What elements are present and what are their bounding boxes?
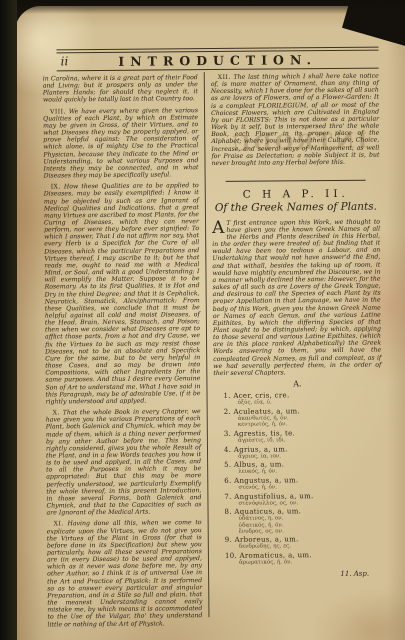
- list-item: 2. Aculeatus, a, um. ἀκανθωτός, ή, όν. κ…: [224, 406, 382, 428]
- scanned-book-page: ii INTRODUCTION. INTRODU in Carolina, wh…: [0, 0, 405, 640]
- section-number: IX.: [51, 184, 61, 191]
- greek-name: λευκός, ή, όν.: [238, 468, 382, 475]
- chapter-body-paragraph: AT first entrance upon this Work, we tho…: [212, 218, 381, 377]
- header-title: INTRODUCTION.: [57, 52, 379, 70]
- greek-name: δενδρώδης, ης, ες.: [239, 543, 383, 550]
- section-text: We have every where given the various Qu…: [43, 107, 198, 180]
- section-x: X. That the whole Book in every Chapter,…: [46, 408, 202, 517]
- greek-name: ἀρωματικός, ή, όν.: [239, 559, 383, 566]
- greek-name: στενόφυλλος, ος, ον.: [238, 499, 382, 506]
- section-text: The last thing which I shall here take n…: [211, 73, 380, 167]
- greek-name: ἄγριος, ία, ιον.: [238, 452, 382, 459]
- chapter-divider-rule: [226, 180, 366, 183]
- chapter-body-text: T first entrance upon this Work, we thou…: [212, 218, 381, 377]
- scan-top-shadow: [17, 0, 405, 14]
- list-item: 10. Aromaticus, a, um. ἀρωματικός, ή, όν…: [225, 551, 383, 567]
- list-item: 4. Agrius, a, um. ἄγριος, ία, ιον.: [224, 444, 382, 460]
- section-text: That the whole Book in every Chapter, we…: [46, 408, 202, 517]
- section-text: How these Qualities are to be applied to…: [44, 182, 201, 405]
- list-item: 6. Angustus, a, um. στενός, ή, όν.: [224, 476, 382, 492]
- greek-name: στενός, ή, όν.: [238, 484, 382, 491]
- chapter-heading: C H A P. II.: [212, 191, 380, 200]
- list-item: 5. Albus, a, um. λευκός, ή, όν.: [224, 460, 382, 476]
- section-number: VIII.: [50, 108, 66, 115]
- section-number: X.: [53, 409, 60, 416]
- section-text: Having done all this, when we come to ex…: [47, 520, 203, 629]
- section-number: XII.: [218, 74, 231, 81]
- list-item: 8. Aquaticus, a, um. ὑδάτινος, η, ον. ὑδ…: [225, 507, 383, 535]
- intro-continuation-paragraph: in Carolina, where it is a great part of…: [43, 74, 198, 104]
- section-xii: XII. The last thing which I shall here t…: [211, 73, 380, 167]
- greek-name: κεντρωτός, ή, όν.: [238, 421, 382, 428]
- column-divider-rule: [204, 72, 210, 617]
- paragraph-text: in Carolina, where it is a great part of…: [43, 74, 198, 104]
- greek-name: ἔνυδρος, ος, ον.: [239, 527, 383, 534]
- list-item: 1. Acer, cris, cre. ὀξύς, εῖα, ύ.: [223, 391, 381, 407]
- print-area: ii INTRODUCTION. INTRODU in Carolina, wh…: [42, 41, 389, 630]
- section-viii: VIII. We have every where given the vari…: [43, 107, 199, 180]
- list-item: 3. Agrestis, tis, te. ἀγρέστις, ιδ, ιδι.: [224, 428, 382, 444]
- section-xi: XI. Having done all this, when we come t…: [47, 520, 203, 629]
- section-number: XI.: [54, 521, 64, 528]
- left-column: in Carolina, where it is a great part of…: [43, 74, 203, 632]
- paper-page: ii INTRODUCTION. INTRODU in Carolina, wh…: [15, 6, 405, 640]
- list-section-letter: A.: [213, 380, 381, 389]
- drop-cap: A: [212, 220, 226, 235]
- catchword: 11. Asp.: [215, 571, 369, 579]
- right-column: XII. The last thing which I shall here t…: [211, 73, 383, 580]
- section-ix: IX. How these Qualities are to be applie…: [44, 182, 201, 405]
- chapter-title: Of the Greek Names of Plants.: [212, 204, 380, 213]
- list-item: 7. Angustifolius, a, um. στενόφυλλος, ος…: [224, 491, 382, 507]
- book-binding-edge: [0, 0, 17, 640]
- list-item: 9. Arboreus, a, um. δενδρώδης, ης, ες.: [225, 535, 383, 551]
- greek-name: ὀξύς, εῖα, ύ.: [238, 399, 382, 406]
- greek-name: ἀγρέστις, ιδ, ιδι.: [238, 436, 382, 443]
- greek-names-list: 1. Acer, cris, cre. ὀξύς, εῖα, ύ. 2. Acu…: [213, 391, 383, 567]
